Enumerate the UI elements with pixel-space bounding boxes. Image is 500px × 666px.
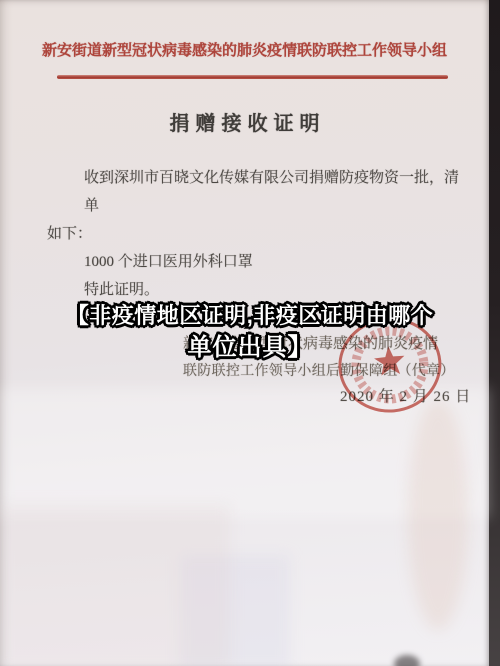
doc-title: 捐赠接收证明 [0,107,489,136]
subtitle-line-1: 【非疫情地区证明,非疫区证明由哪个 [0,300,500,331]
donation-item-line: 1000 个进口医用外科口罩 [47,248,467,276]
paper-shading [180,555,290,666]
photo-frame: 新安街道新型冠状病毒感染的肺炎疫情联防联控工作领导小组 捐赠接收证明 收到深圳市… [0,0,500,666]
header-org-line: 新安街道新型冠状病毒感染的肺炎疫情联防联控工作领导小组 [0,39,489,60]
red-divider-line [57,75,448,79]
body-line: 收到深圳市百晓文化传媒有限公司捐赠防疫物资一批，清单 [47,164,467,220]
subtitle-overlay: 【非疫情地区证明,非疫区证明由哪个 单位出具】 [0,300,500,364]
subtitle-line-2: 单位出具】 [0,331,500,364]
paper-shading [394,655,420,666]
paper-shading [0,505,230,666]
body-paragraph: 收到深圳市百晓文化传媒有限公司捐赠防疫物资一批，清单 如下： 1000 个进口医… [47,164,467,304]
body-line: 如下： [47,220,467,248]
paper-crease [408,400,468,630]
